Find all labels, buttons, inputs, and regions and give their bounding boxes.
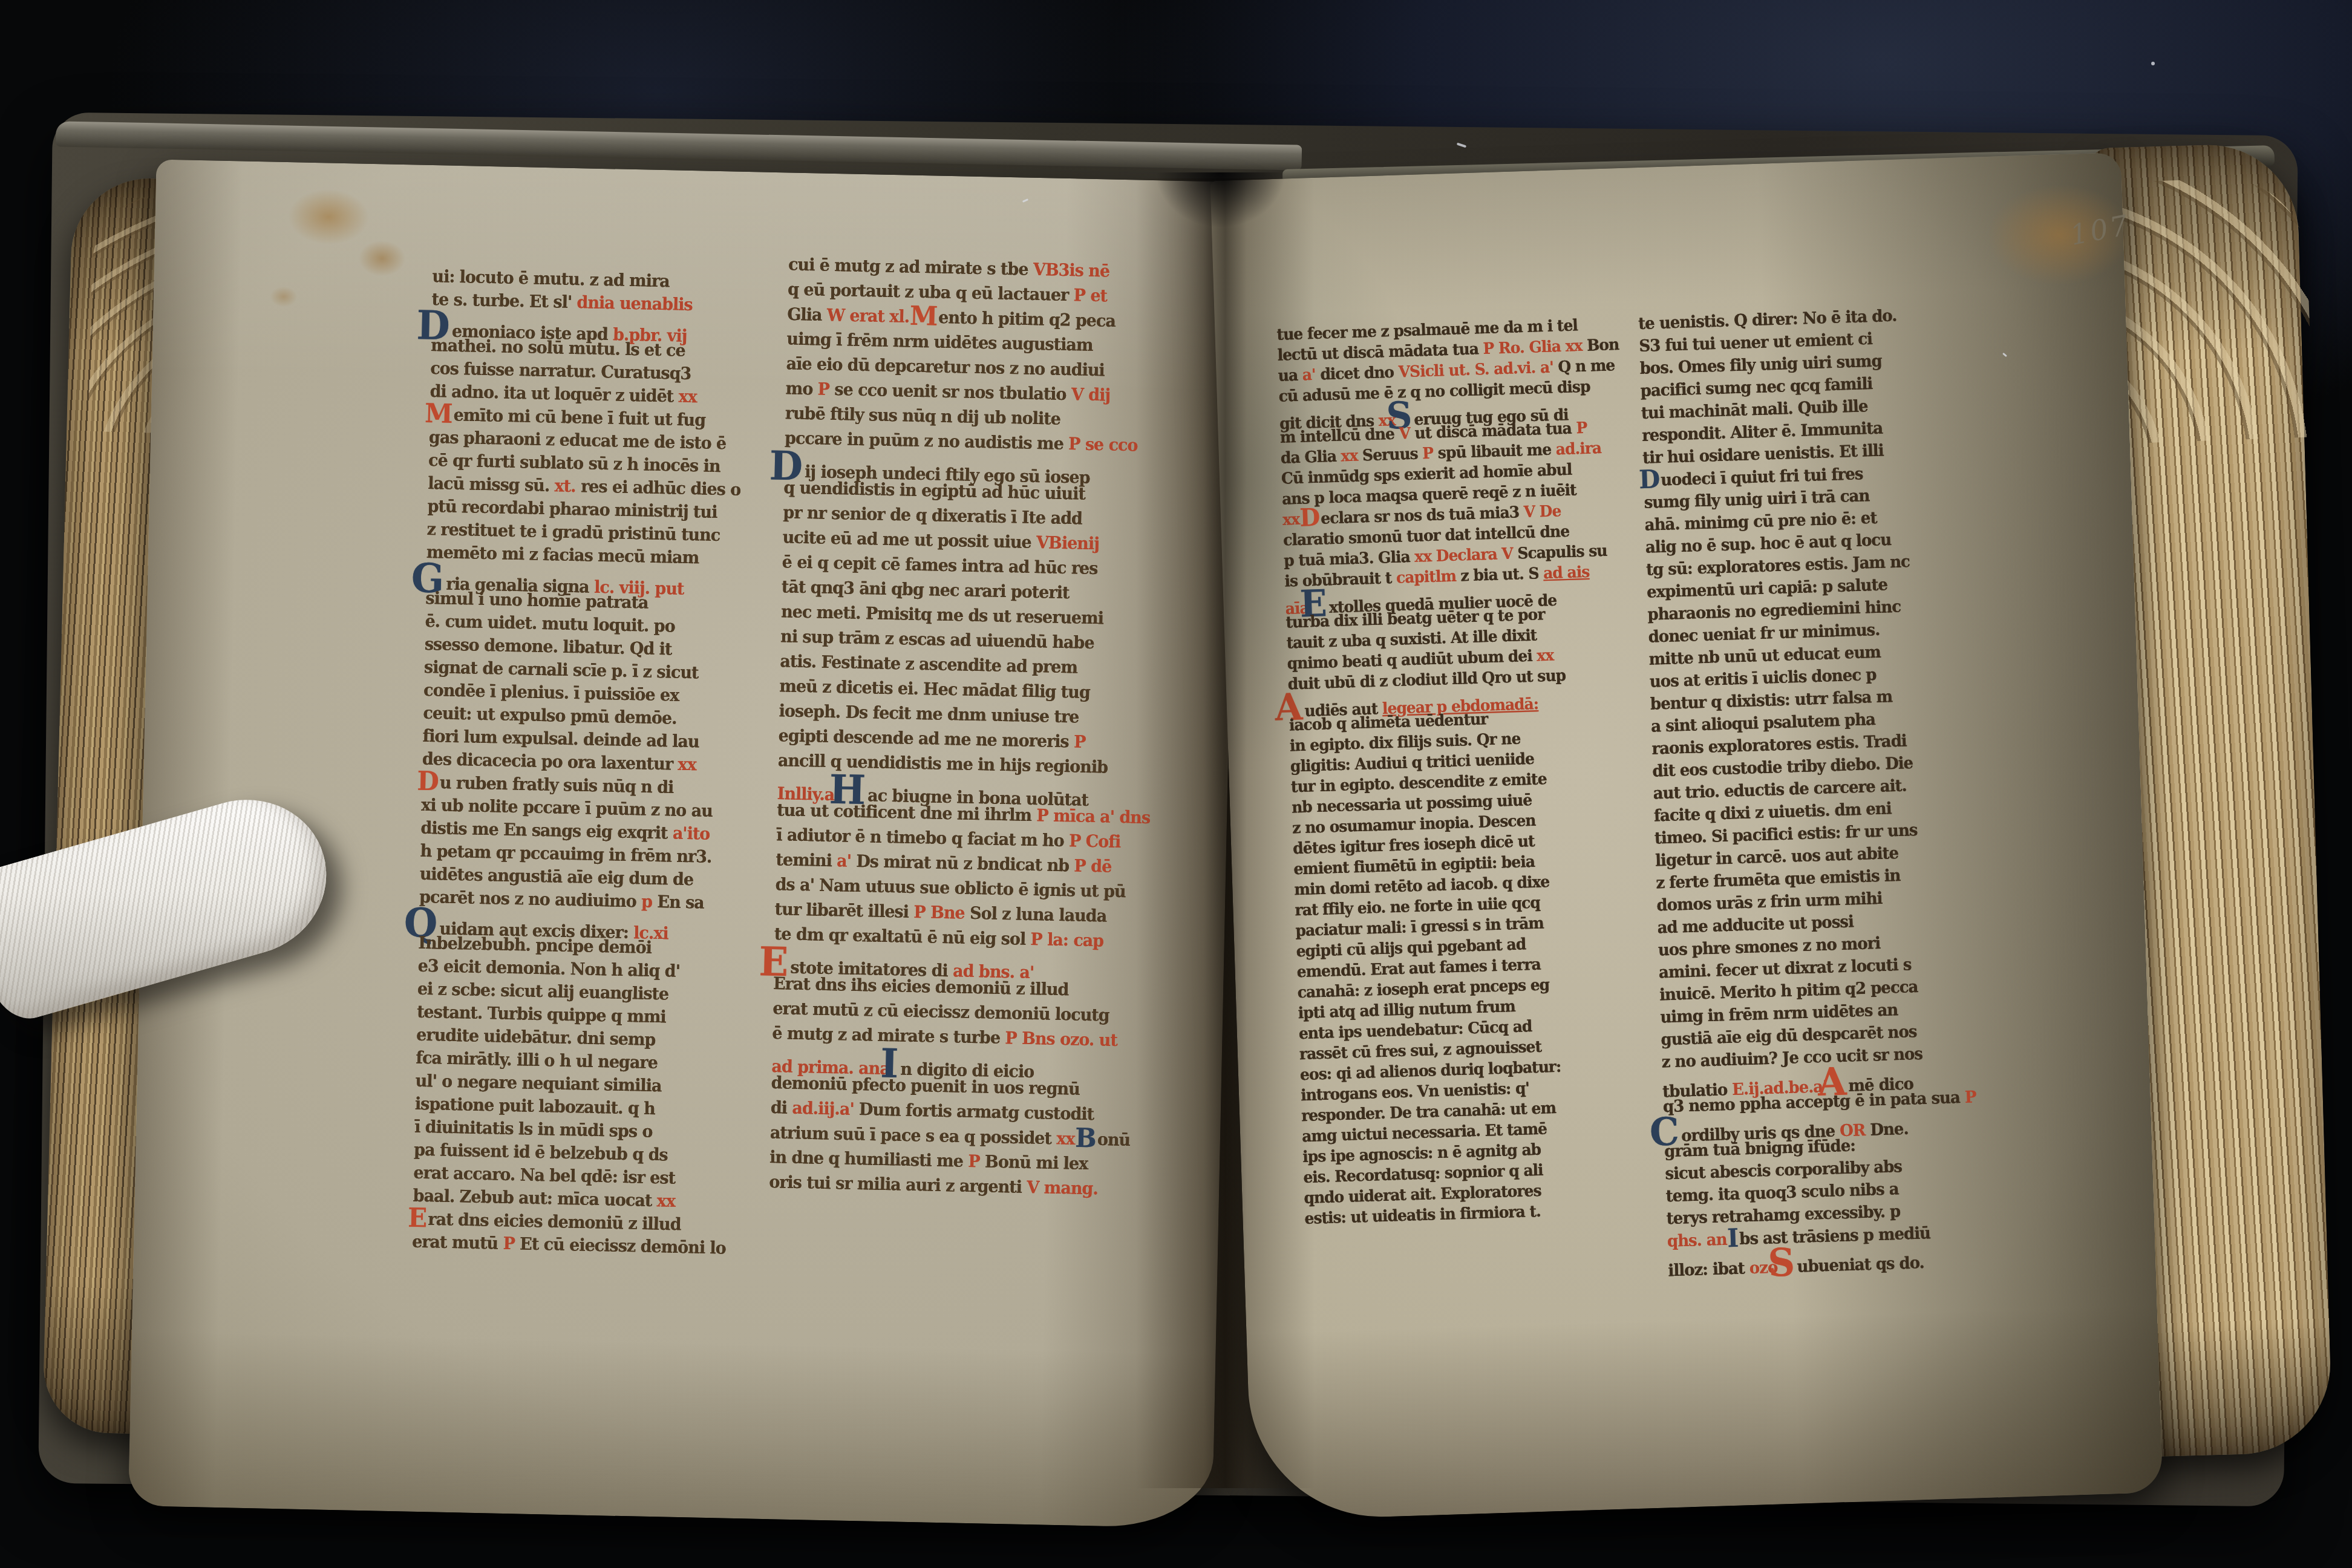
text-segment: spū libauit me (1437, 440, 1556, 462)
text-segment: P (817, 379, 834, 399)
text-segment: ubueniat qs do. (1797, 1253, 1924, 1276)
text-segment: P mīca a' dns (1036, 806, 1150, 828)
text-segment: P (1074, 732, 1086, 752)
text-segment: Bonū mi lex (985, 1152, 1088, 1174)
text-segment: Glia (787, 305, 827, 325)
text-segment: xt. (554, 476, 581, 496)
text-segment: V De (1523, 501, 1561, 521)
text-segment: a' (837, 851, 857, 871)
text-segment: P Bne (913, 903, 970, 923)
text-segment: Sol z luna lauda (970, 904, 1107, 926)
black-cloth-background: ui: locuto ē mutu. z ad mirate s. turbe.… (0, 0, 2352, 1568)
text-segment: te uenistis. Q direr: No ē ita do. (1638, 307, 1897, 334)
text-segment: onū (1097, 1130, 1130, 1150)
text-segment: P (503, 1234, 520, 1254)
text-segment: P Ro. Glia xx (1483, 336, 1587, 358)
text-segment: ento h pitim q2 peca (938, 308, 1116, 331)
text-segment: VB3is nē (1033, 260, 1110, 281)
text-segment: se cco uenit sr nos tbulatio (834, 380, 1071, 404)
illuminated-initial: S (1768, 1249, 1795, 1277)
text-segment: te s. turbe. Et sl' (431, 290, 577, 312)
text-segment: Bon (1587, 335, 1619, 354)
text-segment: V (1399, 424, 1415, 443)
text-segment: Dum fortis armatg custodit (859, 1100, 1094, 1124)
text-column-right-b: te uenistis. Q direr: No ē ita do.S3 fui… (1638, 302, 2059, 1276)
text-segment: qhs. an (1667, 1230, 1733, 1252)
text-segment: capitlm (1396, 567, 1461, 587)
illuminated-initial: I (1727, 1229, 1739, 1247)
text-segment: dicet dno (1320, 363, 1399, 384)
text-segment: xx Declara V (1414, 544, 1518, 566)
text-segment: p (641, 892, 658, 912)
text-segment: erudite uidebātur. dni semp (416, 1025, 656, 1050)
text-segment: u ruben fratly suis nūq n di (440, 773, 674, 797)
text-segment: a'ito (672, 824, 710, 844)
illuminated-initial: E (408, 1208, 427, 1227)
text-segment: P et (1073, 286, 1107, 305)
pencil-folio-number: 107 (2068, 208, 2133, 252)
text-segment: P la: cap (1030, 930, 1103, 951)
text-column-right-a: tue fecer me z psalmauē me da m i tellec… (1276, 315, 1656, 1230)
text-segment: erat mutū (412, 1232, 503, 1253)
text-segment: dnia uenablis (577, 293, 693, 315)
text-segment: ad ais (1543, 563, 1590, 583)
text-segment: cui ē mutg z ad mirate s tbe (788, 255, 1033, 279)
text-segment: temini (776, 850, 837, 871)
text-segment: pcarēt nos z no audiuimo (419, 887, 642, 912)
illuminated-initial: M (910, 306, 938, 325)
illuminated-initial: D (417, 771, 439, 791)
text-segment: P Cofi (1069, 831, 1121, 852)
manuscript-page-right: tue fecer me z psalmauē me da m i tellec… (1210, 152, 2163, 1521)
illuminated-initial: B (1075, 1128, 1096, 1148)
text-segment: z bia ut. S (1460, 564, 1544, 584)
text-segment: En sa (657, 892, 704, 913)
text-segment: in dne q humiliasti me (769, 1148, 969, 1171)
text-segment: W erat xl. (826, 305, 914, 327)
text-segment: Seruus (1362, 444, 1423, 464)
text-segment: di (771, 1098, 792, 1118)
text-segment: ī diuinitatis ls in mūdi sps o (414, 1117, 653, 1142)
text-segment: xx (678, 755, 696, 775)
text-segment: VBienij (1036, 533, 1100, 554)
text-segment: P (1964, 1088, 1976, 1107)
text-segment: P se cco (1068, 434, 1138, 456)
text-segment: simul i uno homīe patrata (425, 589, 648, 613)
illuminated-initial: D (769, 451, 803, 481)
text-segment: xx (656, 1191, 675, 1211)
text-segment: ad.iij.a' (792, 1099, 859, 1120)
text-segment: Ds mirat nū z bndicat nb (856, 852, 1074, 876)
dust-speck (2151, 62, 2155, 65)
illuminated-initial: D (1639, 470, 1660, 489)
text-segment: illoz: ibat (1668, 1259, 1749, 1280)
text-segment: emīto mi cū bene ī fuit ut fug (453, 405, 705, 430)
illuminated-initial: H (829, 775, 866, 805)
text-segment: P (1576, 419, 1587, 437)
text-segment: Inbelzebubh. pncipe demōi (418, 933, 652, 958)
text-segment: Scapulis su (1517, 541, 1607, 563)
text-segment: xx (1537, 646, 1554, 665)
text-segment: Et cū eiecissz demōni lo (520, 1234, 726, 1258)
gutter-shadow (1136, 178, 1315, 1488)
text-segment: P (1422, 444, 1438, 463)
text-segment: ispatione puit labozauit. q h (415, 1094, 656, 1119)
illuminated-initial: I (880, 1049, 898, 1078)
text-segment: xx (1341, 446, 1362, 465)
text-segment: V mang. (1027, 1178, 1098, 1199)
text-segment: P (968, 1152, 985, 1172)
text-column-left-a: ui: locuto ē mutu. z ad mirate s. turbe.… (412, 267, 780, 1263)
text-segment: mo (785, 379, 818, 399)
text-segment: lacū missg sū. (428, 474, 555, 496)
text-segment: V dij (1071, 385, 1111, 405)
text-segment: rat dns eicies demoniū z illud (428, 1210, 681, 1235)
text-segment: xx (678, 387, 697, 407)
text-segment: ad.ira (1555, 439, 1601, 459)
text-segment: res ei adhūc dies o (581, 477, 741, 500)
text-segment: ui: locuto ē mutu. z ad mira (432, 267, 670, 291)
text-segment: tur libarēt illesi (774, 900, 913, 922)
text-segment: Q n me (1558, 356, 1615, 376)
gutter-top-notch (1128, 172, 1313, 251)
illuminated-initial: M (425, 404, 452, 423)
text-segment: P dē (1074, 857, 1111, 877)
illuminated-initial: E (759, 947, 788, 976)
text-segment: P Bns ozo. ut (1005, 1028, 1117, 1050)
